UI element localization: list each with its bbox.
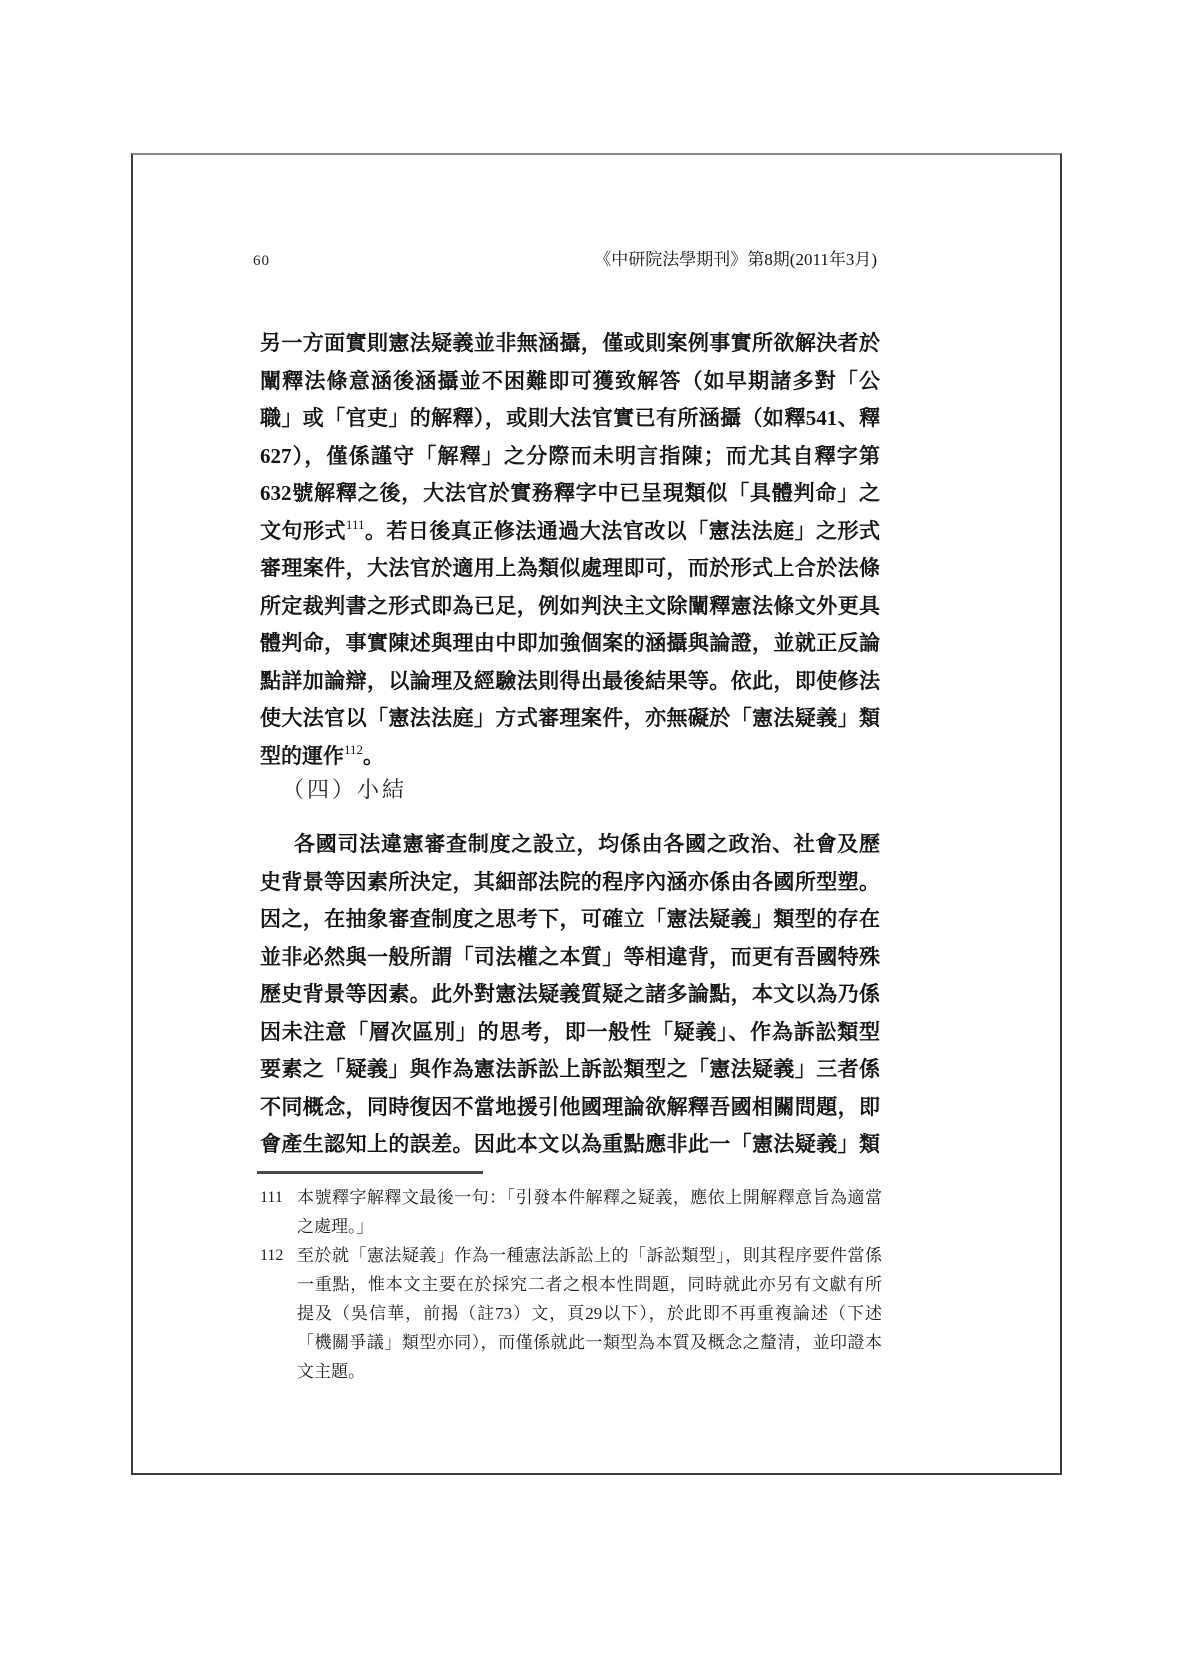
footnote-reference: 112	[344, 742, 363, 757]
body-paragraph-2: 各國司法違憲審查制度之設立，均係由各國之政治、社會及歷史背景等因素所決定，其細部…	[260, 826, 880, 1164]
text-line: 文句形式111。若日後真正修法通過大法官改以「憲法法庭」之形式	[260, 513, 880, 551]
body-paragraph-1: 另一方面實則憲法疑義並非無涵攝，僅或則案例事實所欲解決者於闡釋法條意涵後涵攝並不…	[260, 325, 880, 775]
scan-canvas: 60 《中研院法學期刊》第8期(2011年3月) 另一方面實則憲法疑義並非無涵攝…	[0, 0, 1177, 1664]
page-header: 60 《中研院法學期刊》第8期(2011年3月)	[253, 245, 877, 270]
text-line: 文主題。	[297, 1357, 882, 1386]
text-line: 會產生認知上的誤差。因此本文以為重點應非此一「憲法疑義」類	[260, 1126, 880, 1164]
footnote-separator-rule	[257, 1171, 483, 1174]
footnote-number: 111	[260, 1183, 290, 1212]
text-line: 型的運作112。	[260, 738, 880, 776]
text-line: 627），僅係謹守「解釋」之分際而未明言指陳；而尤其自釋字第	[260, 438, 880, 476]
page-number: 60	[253, 253, 270, 270]
text-line: 體判命，事實陳述與理由中即加強個案的涵攝與論證，並就正反論	[260, 625, 880, 663]
text-line: 職」或「官吏」的解釋），或則大法官實已有所涵攝（如釋541、釋	[260, 400, 880, 438]
document-page: 60 《中研院法學期刊》第8期(2011年3月) 另一方面實則憲法疑義並非無涵攝…	[131, 153, 1062, 1475]
text-line: 之處理。」	[297, 1212, 882, 1241]
text-line: 提及（吳信華，前揭（註73）文，頁29以下），於此即不再重複論述（下述	[297, 1299, 882, 1328]
text-line: 審理案件，大法官於適用上為類似處理即可，而於形式上合於法條	[260, 550, 880, 588]
text-line: 另一方面實則憲法疑義並非無涵攝，僅或則案例事實所欲解決者於	[260, 325, 880, 363]
text-line: 因未注意「層次區別」的思考，即一般性「疑義」、作為訴訟類型	[260, 1014, 880, 1052]
journal-title-header: 《中研院法學期刊》第8期(2011年3月)	[594, 245, 877, 270]
section-heading: （四）小結	[282, 773, 407, 804]
text-line: 闡釋法條意涵後涵攝並不困難即可獲致解答（如早期諸多對「公	[260, 363, 880, 401]
footnotes-block: 111本號釋字解釋文最後一句：「引發本件解釋之疑義，應依上開解釋意旨為適當之處理…	[260, 1183, 882, 1386]
text-line: 史背景等因素所決定，其細部法院的程序內涵亦係由各國所型塑。	[260, 864, 880, 902]
text-line: 因之，在抽象審查制度之思考下，可確立「憲法疑義」類型的存在	[260, 901, 880, 939]
text-line: 各國司法違憲審查制度之設立，均係由各國之政治、社會及歷	[260, 826, 880, 864]
footnote-item: 112至於就「憲法疑義」作為一種憲法訴訟上的「訴訟類型」，則其程序要件當係一重點…	[260, 1241, 882, 1386]
text-line: 本號釋字解釋文最後一句：「引發本件解釋之疑義，應依上開解釋意旨為適當	[297, 1183, 882, 1212]
footnote-item: 111本號釋字解釋文最後一句：「引發本件解釋之疑義，應依上開解釋意旨為適當之處理…	[260, 1183, 882, 1241]
text-line: 不同概念，同時復因不當地援引他國理論欲解釋吾國相關問題，即	[260, 1089, 880, 1127]
text-line: 一重點，惟本文主要在於採究二者之根本性問題，同時就此亦另有文獻有所	[297, 1270, 882, 1299]
text-line: 要素之「疑義」與作為憲法訴訟上訴訟類型之「憲法疑義」三者係	[260, 1051, 880, 1089]
text-line: 632號解釋之後，大法官於實務釋字中已呈現類似「具體判命」之	[260, 475, 880, 513]
text-line: 「機關爭議」類型亦同），而僅係就此一類型為本質及概念之釐清，並印證本	[297, 1328, 882, 1357]
text-line: 並非必然與一般所謂「司法權之本質」等相違背，而更有吾國特殊	[260, 939, 880, 977]
footnote-text: 本號釋字解釋文最後一句：「引發本件解釋之疑義，應依上開解釋意旨為適當之處理。」	[297, 1183, 882, 1241]
footnote-reference: 111	[346, 517, 365, 532]
footnote-number: 112	[260, 1241, 290, 1270]
footnote-text: 至於就「憲法疑義」作為一種憲法訴訟上的「訴訟類型」，則其程序要件當係一重點，惟本…	[297, 1241, 882, 1386]
text-line: 點詳加論辯，以論理及經驗法則得出最後結果等。依此，即使修法	[260, 663, 880, 701]
text-line: 所定裁判書之形式即為已足，例如判決主文除闡釋憲法條文外更具	[260, 588, 880, 626]
text-line: 使大法官以「憲法法庭」方式審理案件，亦無礙於「憲法疑義」類	[260, 700, 880, 738]
text-line: 歷史背景等因素。此外對憲法疑義質疑之諸多論點，本文以為乃係	[260, 976, 880, 1014]
text-line: 至於就「憲法疑義」作為一種憲法訴訟上的「訴訟類型」，則其程序要件當係	[297, 1241, 882, 1270]
